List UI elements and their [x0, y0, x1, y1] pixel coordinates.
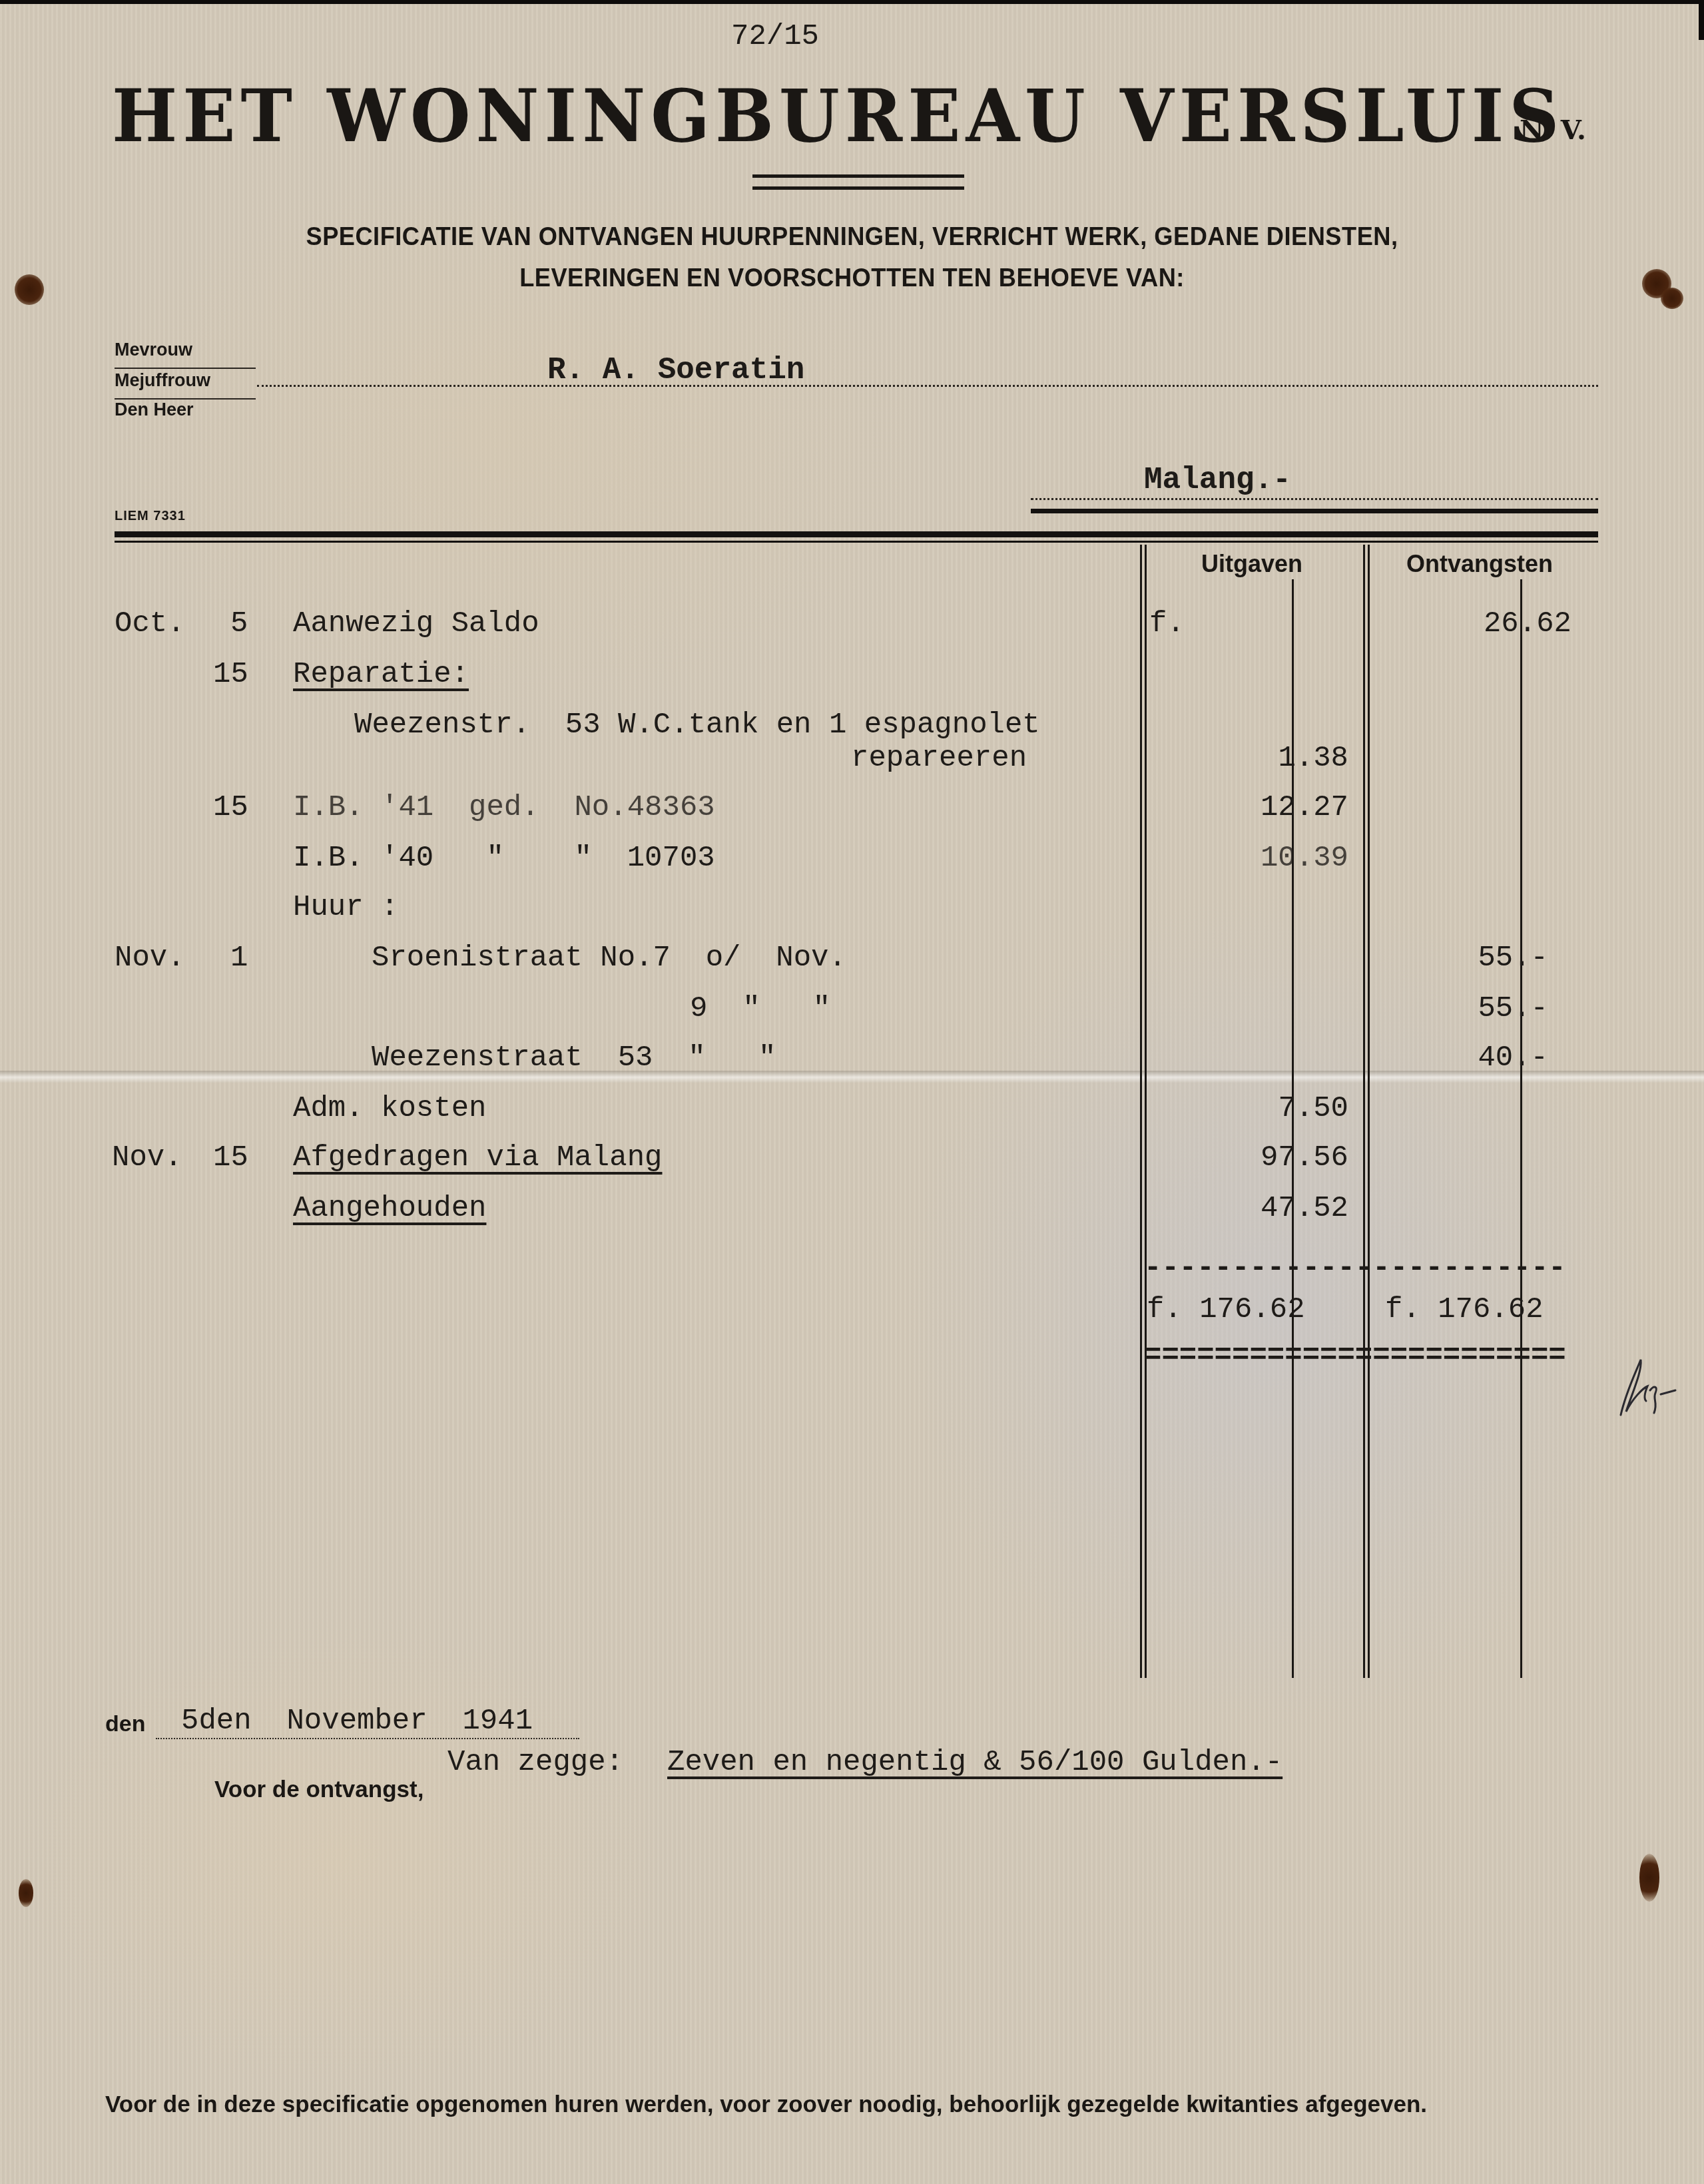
col-divider-expenses-left-a [1140, 545, 1142, 1678]
company-suffix: N. V. [1520, 115, 1586, 146]
rust-stain-right-bottom [1639, 1854, 1659, 1902]
row-receipts-amount: 55.- [1398, 942, 1548, 975]
total-double-separator: ======================== [1144, 1340, 1566, 1373]
salutation-mevrouw: Mevrouw [115, 340, 192, 360]
currency-prefix: f. [1149, 607, 1185, 641]
row-date-day: 1 [230, 942, 248, 975]
col-divider-receipts-left-a [1363, 545, 1365, 1678]
row-receipts-amount: 26.62 [1432, 607, 1571, 641]
city-rule [1031, 509, 1598, 513]
row-date-month: Nov. [112, 1141, 182, 1175]
city: Malang.- [1144, 463, 1291, 497]
row-description: I.B. '41 ged. No.48363 [293, 791, 715, 824]
title-rule-top [752, 174, 964, 178]
rust-stain-left-bottom [19, 1879, 33, 1907]
row-date-month: Oct. [115, 607, 185, 641]
amount-in-words: Zeven en negentig & 56/100 Gulden.- [667, 1746, 1282, 1779]
col-divider-expenses-left-b [1145, 545, 1147, 1678]
date-prefix: den [105, 1711, 145, 1737]
column-header-expenses: Uitgaven [1201, 550, 1302, 578]
row-receipts-amount: 40.- [1398, 1041, 1548, 1075]
row-expenses-amount: 97.56 [1199, 1141, 1348, 1175]
row-expenses-amount: 47.52 [1199, 1192, 1348, 1225]
title-rule-bottom [752, 186, 964, 190]
col-divider-receipts-left-b [1368, 545, 1370, 1678]
row-date-day: 15 [213, 658, 248, 691]
col-decimal-receipts [1520, 579, 1522, 1678]
row-receipts-amount: 55.- [1398, 992, 1548, 1025]
recipient-name: R. A. Soeratin [547, 353, 804, 388]
row-description: Aangehouden [293, 1192, 486, 1225]
total-expenses: f. 176.62 [1147, 1293, 1305, 1326]
main-rule-thin [115, 541, 1598, 543]
subtitle-line-2: LEVERINGEN EN VOORSCHOTTEN TEN BEHOEVE V… [60, 264, 1645, 293]
row-expenses-amount: 1.38 [1199, 742, 1348, 775]
row-description-heading: Huur : [293, 891, 398, 924]
footer-note: Voor de in deze specificatie opgenomen h… [105, 2088, 1610, 2121]
salutation-mejuffrouw: Mejuffrouw [115, 370, 210, 391]
row-description: Adm. kosten [293, 1092, 486, 1125]
scan-border-top [0, 0, 1704, 4]
row-description: 9 " " [690, 992, 830, 1025]
reference-number: 72/15 [731, 20, 819, 53]
company-name: HET WONINGBUREAU VERSLUIS [112, 73, 1564, 158]
column-header-receipts: Ontvangsten [1406, 550, 1553, 578]
row-description-heading: Reparatie: [293, 658, 469, 691]
row-description: Sroenistraat No.7 o/ Nov. [372, 942, 846, 975]
document-date: 5den November 1941 [181, 1705, 533, 1738]
row-expenses-amount: 7.50 [1199, 1092, 1348, 1125]
row-expenses-amount: 12.27 [1199, 791, 1348, 824]
row-description: Afgedragen via Malang [293, 1141, 663, 1175]
row-description: Weezenstr. 53 W.C.tank en 1 espagnolet [354, 708, 1040, 742]
subtitle-line-1: SPECIFICATIE VAN ONTVANGEN HUURPENNINGEN… [60, 222, 1645, 252]
row-description: Aanwezig Saldo [293, 607, 539, 641]
salutation-divider-1 [115, 368, 256, 369]
row-date-day: 5 [230, 607, 248, 641]
printer-mark: LIEM 7331 [115, 509, 186, 524]
amount-label: Van zegge: [447, 1746, 623, 1779]
recipient-dotted-line [257, 385, 1598, 387]
city-dotted-line [1031, 498, 1598, 500]
main-rule-thick [115, 531, 1598, 537]
rust-stain-right-top-2 [1661, 288, 1683, 309]
date-dotted-line [156, 1738, 579, 1739]
row-description: repareeren [851, 742, 1027, 775]
row-description: I.B. '40 " " 10703 [293, 842, 715, 875]
row-date-day: 15 [213, 1141, 248, 1175]
receipt-label: Voor de ontvangst, [214, 1776, 424, 1803]
total-dash-separator: ------------------------ [1144, 1252, 1566, 1285]
row-date-day: 15 [213, 791, 248, 824]
rust-stain-left-top [15, 274, 44, 305]
total-receipts: f. 176.62 [1385, 1293, 1544, 1326]
row-date-month: Nov. [115, 942, 185, 975]
row-expenses-amount: 10.39 [1199, 842, 1348, 875]
scan-border-right [1699, 0, 1704, 40]
row-description: Weezenstraat 53 " " [372, 1041, 776, 1075]
salutation-den-heer: Den Heer [115, 400, 194, 420]
handwritten-initials-icon [1606, 1352, 1686, 1425]
